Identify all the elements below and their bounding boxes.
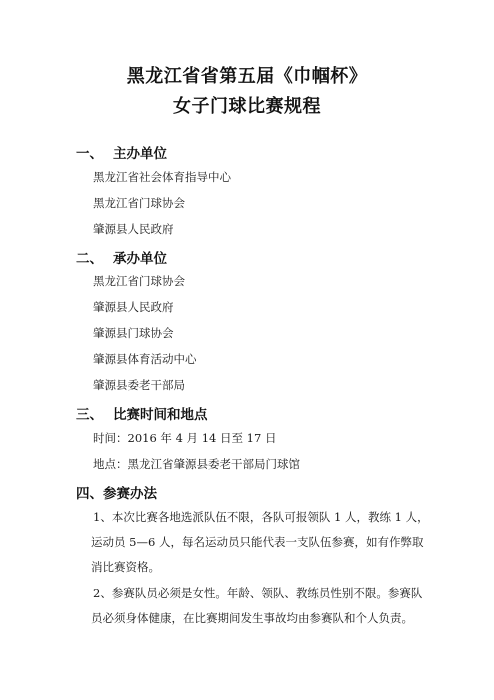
paragraph-line: 员必须身体健康，在比赛期间发生事故均由参赛队和个人负责。 xyxy=(91,610,413,626)
section-number: 二、 xyxy=(76,247,113,267)
section-number: 三、 xyxy=(76,403,113,423)
paragraph-line: 1、本次比赛各地选派队伍不限，各队可报领队 1 人，教练 1 人， xyxy=(93,509,429,525)
document-title-line-1: 黑龙江省省第五届《巾帼杯》 xyxy=(0,62,494,88)
paragraph-line: 2、参赛队员必须是女性。年龄、领队、教练员性别不限。参赛队 xyxy=(93,585,422,601)
host-item: 肇源县委老干部局 xyxy=(93,377,185,393)
host-item: 肇源县门球协会 xyxy=(93,325,174,341)
host-item: 肇源县体育活动中心 xyxy=(93,351,197,367)
section-title: 主办单位 xyxy=(113,146,167,162)
section-heading-participation: 四、参赛办法 xyxy=(76,482,157,502)
document-page: 黑龙江省省第五届《巾帼杯》 女子门球比赛规程 一、主办单位 黑龙江省社会体育指导… xyxy=(0,0,494,700)
section-title: 比赛时间和地点 xyxy=(113,407,208,423)
section-heading-hosts: 二、承办单位 xyxy=(76,247,167,267)
host-item: 肇源县人民政府 xyxy=(93,299,174,315)
section-title: 承办单位 xyxy=(113,251,167,267)
organizer-item: 黑龙江省门球协会 xyxy=(93,195,185,211)
host-item: 黑龙江省门球协会 xyxy=(93,273,185,289)
document-title-line-2: 女子门球比赛规程 xyxy=(0,92,494,118)
organizer-item: 肇源县人民政府 xyxy=(93,221,174,237)
paragraph-line: 消比赛资格。 xyxy=(91,559,160,575)
section-number: 一、 xyxy=(76,142,113,162)
section-heading-time-place: 三、比赛时间和地点 xyxy=(76,403,208,423)
section-number: 四、 xyxy=(76,482,103,502)
paragraph-line: 运动员 5—6 人，每名运动员只能代表一支队伍参赛，如有作弊取 xyxy=(91,534,423,550)
event-location: 地点：黑龙江省肇源县委老干部局门球馆 xyxy=(93,456,300,472)
section-title: 参赛办法 xyxy=(103,486,157,502)
organizer-item: 黑龙江省社会体育指导中心 xyxy=(93,169,231,185)
section-heading-organizers: 一、主办单位 xyxy=(76,142,167,162)
event-time: 时间：2016 年 4 月 14 日至 17 日 xyxy=(93,430,276,446)
